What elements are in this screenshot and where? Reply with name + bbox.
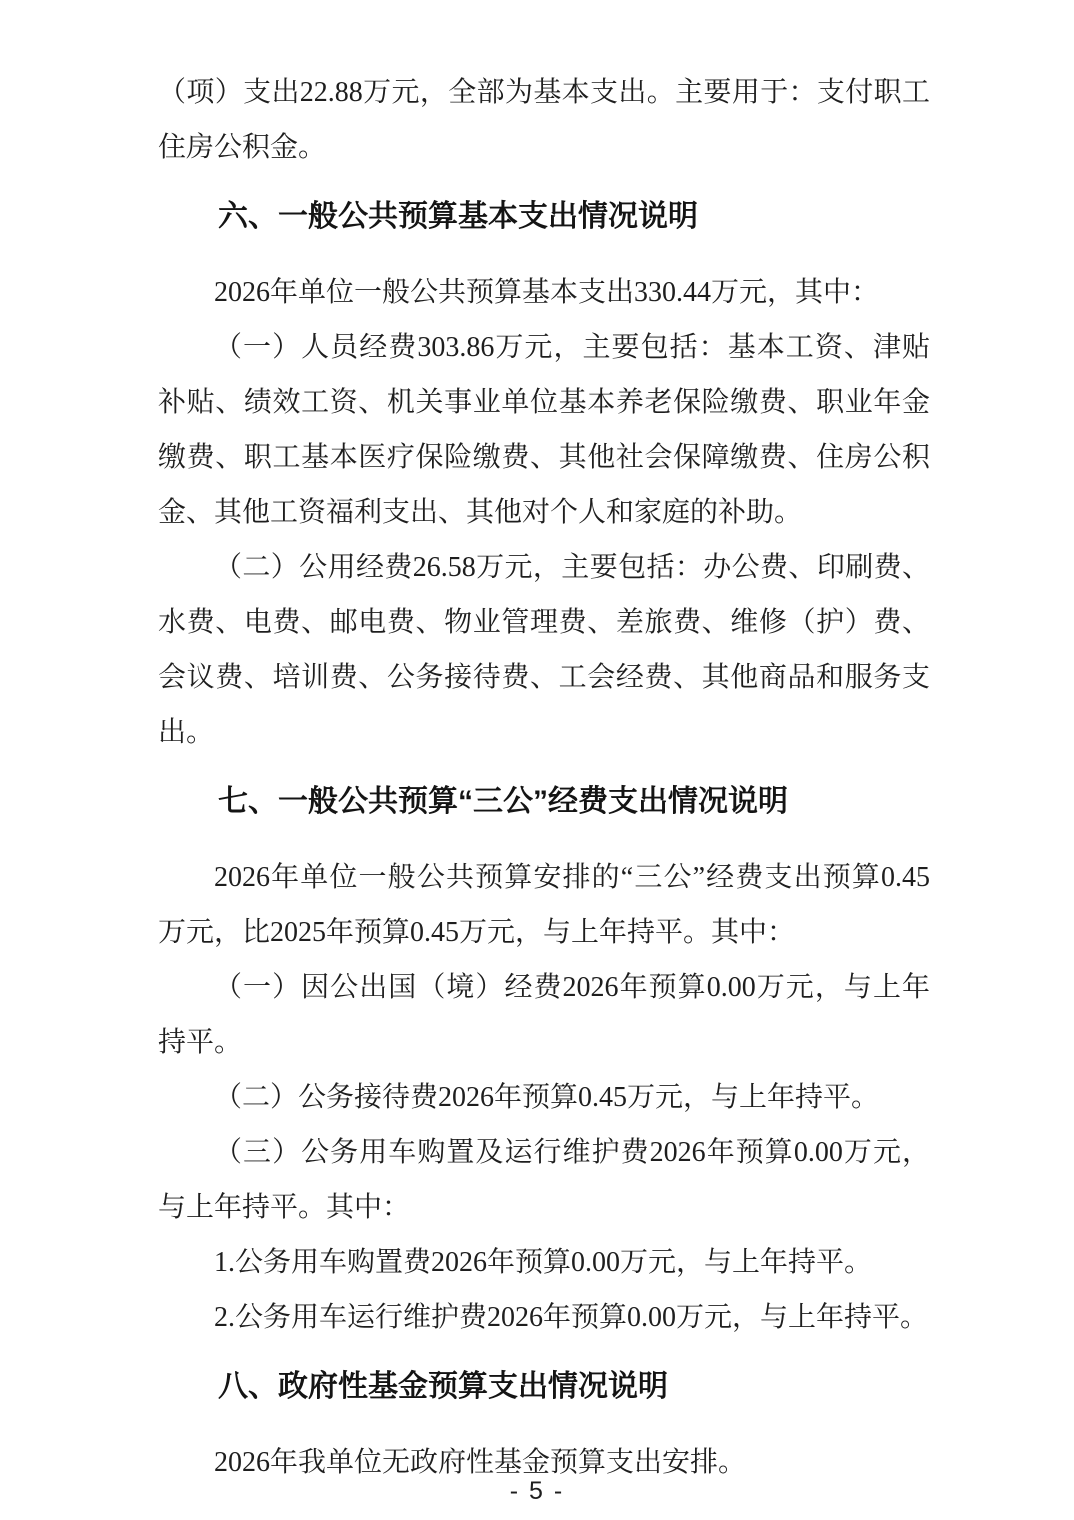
section-heading: 八、政府性基金预算支出情况说明 — [158, 1359, 930, 1414]
paragraph: 2026年单位一般公共预算安排的“三公”经费支出预算0.45万元，比2025年预… — [158, 850, 930, 960]
paragraph: （二）公用经费26.58万元，主要包括：办公费、印刷费、水费、电费、邮电费、物业… — [158, 540, 930, 760]
document-body: （项）支出22.88万元，全部为基本支出。主要用于：支付职工住房公积金。六、一般… — [158, 65, 930, 1490]
paragraph: （三）公务用车购置及运行维护费2026年预算0.00万元，与上年持平。其中： — [158, 1125, 930, 1235]
section-heading: 七、一般公共预算“三公”经费支出情况说明 — [158, 774, 930, 829]
paragraph: 1.公务用车购置费2026年预算0.00万元，与上年持平。 — [158, 1235, 930, 1290]
paragraph: （一）人员经费303.86万元，主要包括：基本工资、津贴补贴、绩效工资、机关事业… — [158, 320, 930, 540]
paragraph: （一）因公出国（境）经费2026年预算0.00万元，与上年持平。 — [158, 960, 930, 1070]
paragraph: 2026年单位一般公共预算基本支出330.44万元，其中： — [158, 265, 930, 320]
paragraph: （二）公务接待费2026年预算0.45万元，与上年持平。 — [158, 1070, 930, 1125]
page-footer: - 5 - — [0, 1479, 1074, 1504]
document-page: （项）支出22.88万元，全部为基本支出。主要用于：支付职工住房公积金。六、一般… — [0, 0, 1074, 1520]
section-heading: 六、一般公共预算基本支出情况说明 — [158, 189, 930, 244]
paragraph: （项）支出22.88万元，全部为基本支出。主要用于：支付职工住房公积金。 — [158, 65, 930, 175]
page-number: - 5 - — [510, 1477, 564, 1505]
paragraph: 2.公务用车运行维护费2026年预算0.00万元，与上年持平。 — [158, 1290, 930, 1345]
